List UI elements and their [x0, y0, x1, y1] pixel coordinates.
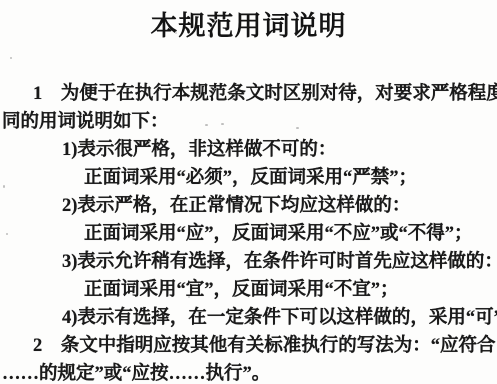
text-line-continuation: 同的用词说明如下：	[0, 108, 497, 136]
text-line-continuation-2: ……的规定”或“应按……执行”。	[0, 360, 497, 384]
text-line-item-2: 2)表示严格，在正常情况下均应这样做的：	[0, 192, 497, 220]
text-line-item-3: 3)表示允许稍有选择，在条件许可时首先应这样做的：	[0, 248, 497, 276]
scan-speck	[221, 123, 224, 125]
scanned-document-page: 本规范用词说明 1 为便于在执行本规范条文时区别对待，对要求严格程度不 同的用词…	[0, 0, 497, 384]
text-line-item-3-detail: 正面词采用“宜”，反面词采用“不宜”；	[0, 276, 497, 304]
scan-speck	[205, 124, 208, 126]
scan-speck	[208, 34, 210, 36]
scan-speck	[175, 32, 177, 34]
scan-speck	[188, 296, 190, 298]
scan-speck	[296, 127, 299, 129]
text-line-clause-2: 2 条文中指明应按其他有关标准执行的写法为：“应符合	[0, 332, 497, 360]
text-line-clause-1: 1 为便于在执行本规范条文时区别对待，对要求严格程度不	[0, 80, 497, 108]
document-body: 1 为便于在执行本规范条文时区别对待，对要求严格程度不 同的用词说明如下： 1)…	[0, 80, 497, 384]
scan-speck	[10, 57, 12, 59]
text-line-item-1-detail: 正面词采用“必须”，反面词采用“严禁”；	[0, 164, 497, 192]
text-line-item-2-detail: 正面词采用“应”，反面词采用“不应”或“不得”；	[0, 220, 497, 248]
text-line-item-1: 1)表示很严格，非这样做不可的：	[0, 136, 497, 164]
scan-speck	[3, 185, 5, 188]
scan-speck	[6, 233, 8, 235]
text-line-item-4: 4)表示有选择，在一定条件下可以这样做的，采用“可”。	[0, 304, 497, 332]
page-title: 本规范用词说明	[0, 4, 497, 43]
